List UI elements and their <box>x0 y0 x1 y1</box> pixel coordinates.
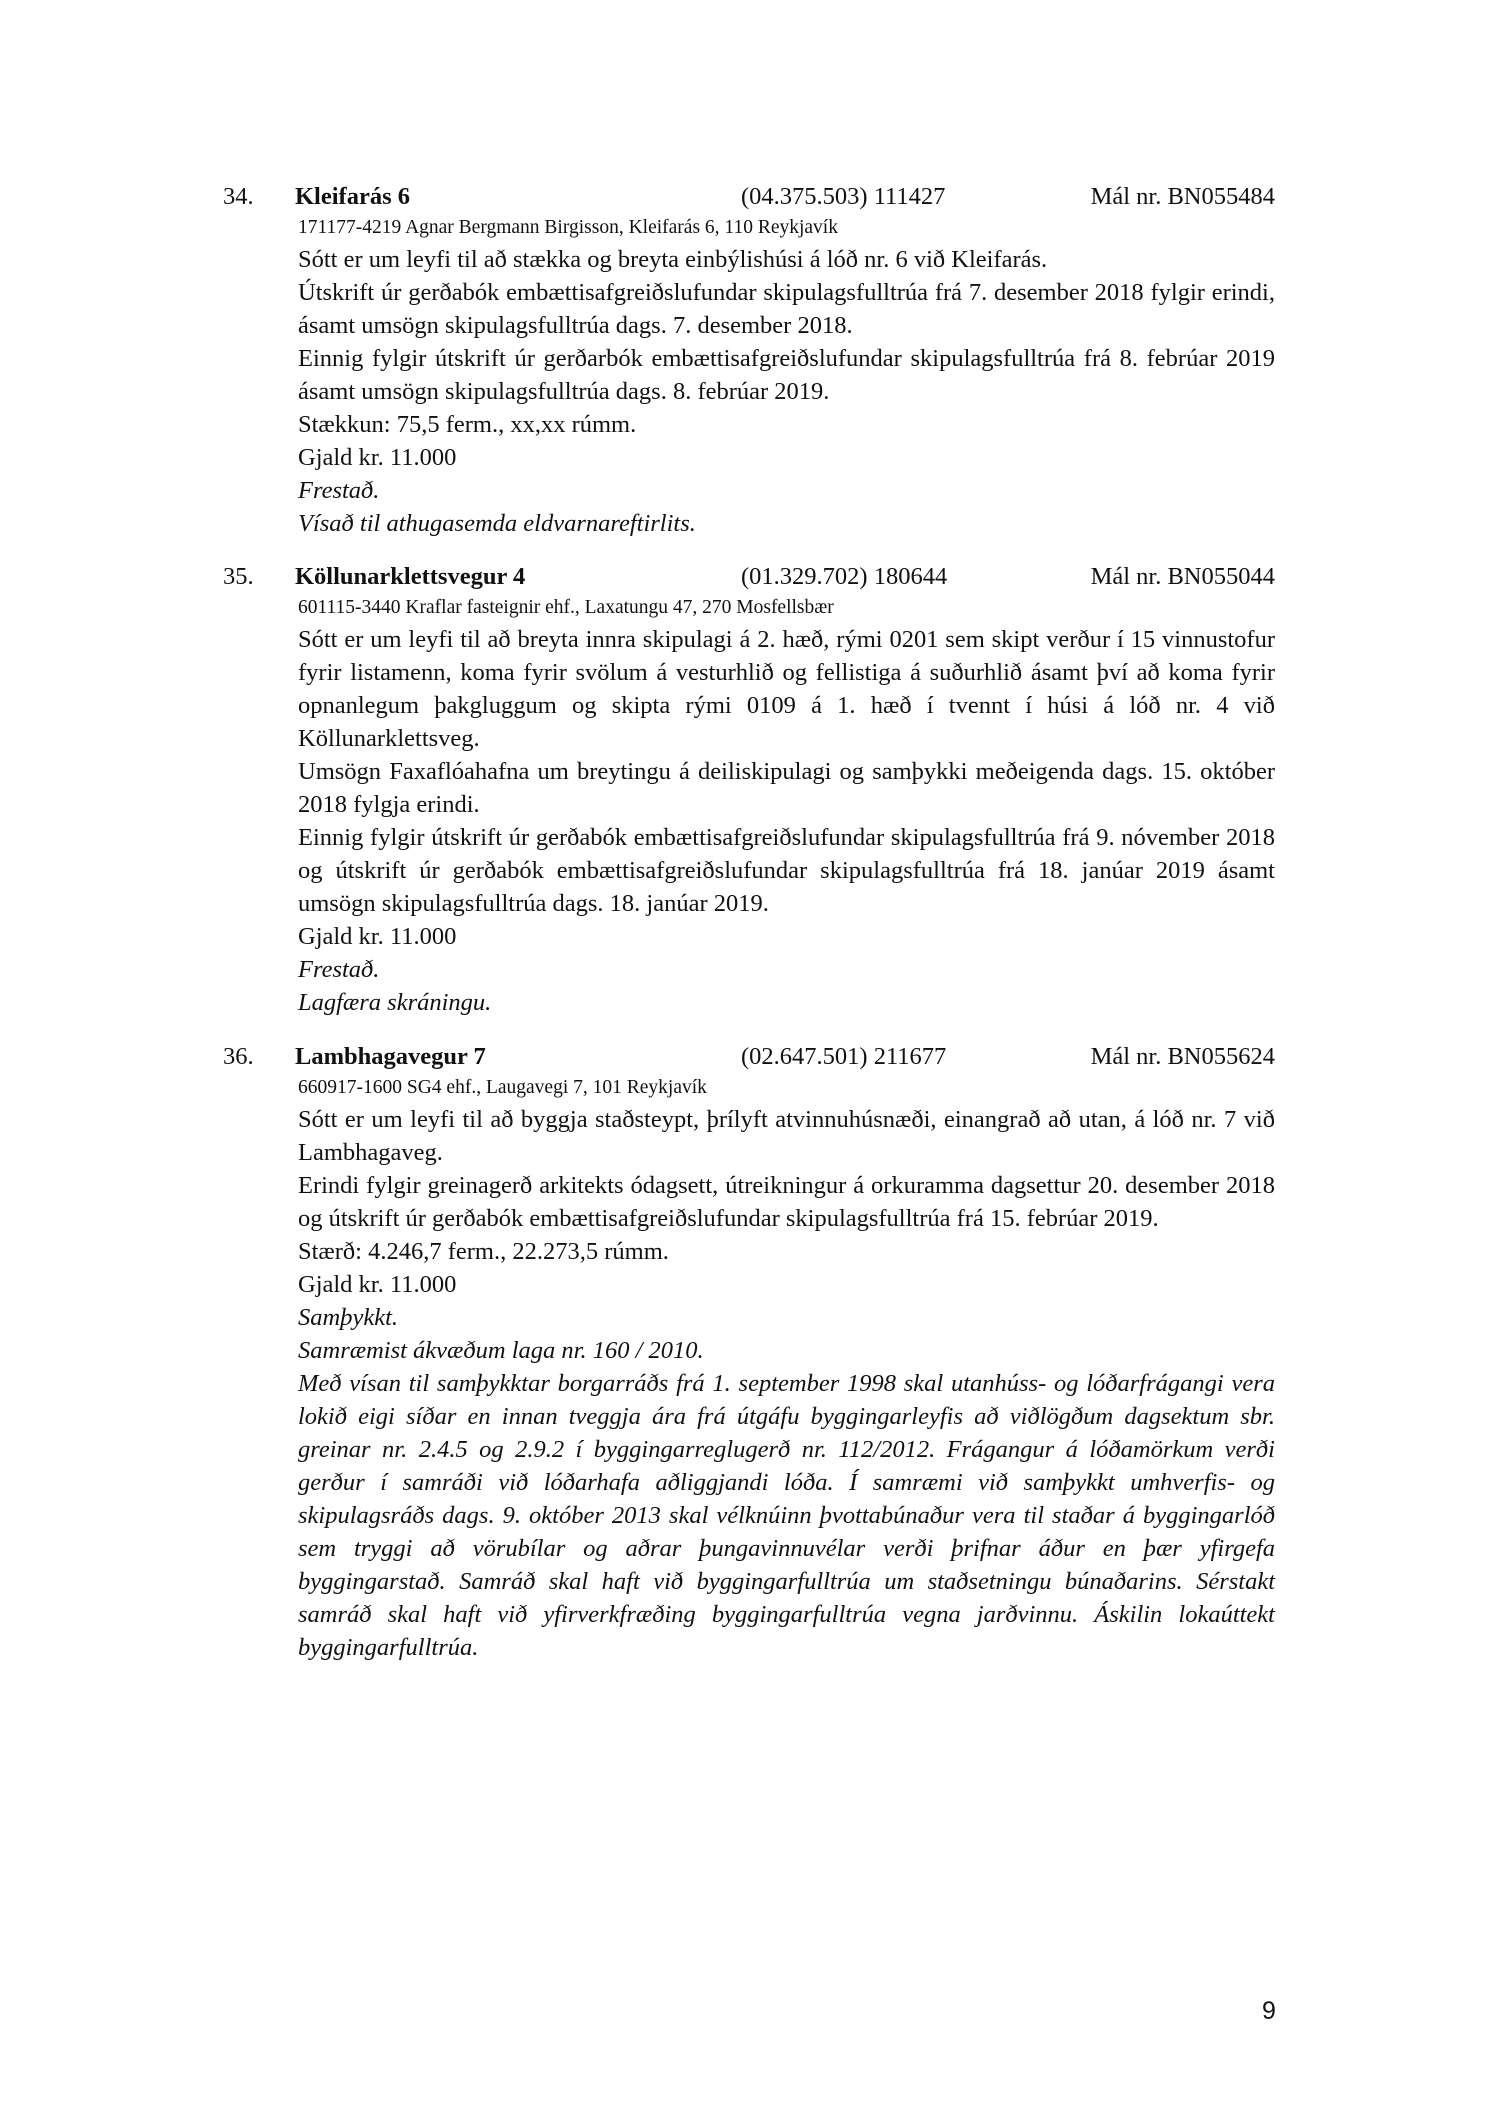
case-item-34: 34. Kleifarás 6 (04.375.503) 111427 Mál … <box>223 180 1275 540</box>
case-number: 34. <box>223 180 254 213</box>
case-header: 36. Lambhagavegur 7 (02.647.501) 211677 … <box>223 1040 1275 1073</box>
conditions-paragraph: Með vísan til samþykktar borgarráðs frá … <box>298 1367 1275 1664</box>
decision: Frestað. <box>298 953 1275 986</box>
case-header: 34. Kleifarás 6 (04.375.503) 111427 Mál … <box>223 180 1275 213</box>
fee-line: Gjald kr. 11.000 <box>298 1268 1275 1301</box>
paragraph: Sótt er um leyfi til að stækka og breyta… <box>298 243 1275 276</box>
case-number: 36. <box>223 1040 254 1073</box>
fee-line: Gjald kr. 11.000 <box>298 920 1275 953</box>
size-line: Stækkun: 75,5 ferm., xx,xx rúmm. <box>298 408 1275 441</box>
case-body: 601115-3440 Kraflar fasteignir ehf., Lax… <box>298 593 1275 1019</box>
parcel-id: (04.375.503) 111427 <box>741 180 945 213</box>
case-reference: Mál nr. BN055044 <box>1091 560 1275 593</box>
size-line: Stærð: 4.246,7 ferm., 22.273,5 rúmm. <box>298 1235 1275 1268</box>
fee-line: Gjald kr. 11.000 <box>298 441 1275 474</box>
paragraph: Sótt er um leyfi til að breyta innra ski… <box>298 623 1275 755</box>
case-address: Kleifarás 6 <box>295 180 410 213</box>
parcel-id: (01.329.702) 180644 <box>741 560 947 593</box>
decision: Samþykkt. <box>298 1301 1275 1334</box>
parcel-id: (02.647.501) 211677 <box>741 1040 946 1073</box>
decision-note: Vísað til athugasemda eldvarnareftirlits… <box>298 507 1275 540</box>
case-reference: Mál nr. BN055624 <box>1091 1040 1275 1073</box>
paragraph: Einnig fylgir útskrift úr gerðabók embæt… <box>298 821 1275 920</box>
decision-note: Lagfæra skráningu. <box>298 986 1275 1019</box>
decision-note: Samræmist ákvæðum laga nr. 160 / 2010. <box>298 1334 1275 1367</box>
case-item-35: 35. Köllunarklettsvegur 4 (01.329.702) 1… <box>223 560 1275 1019</box>
paragraph: Einnig fylgir útskrift úr gerðarbók embæ… <box>298 342 1275 408</box>
case-reference: Mál nr. BN055484 <box>1091 180 1275 213</box>
document-page: 34. Kleifarás 6 (04.375.503) 111427 Mál … <box>0 0 1500 2122</box>
decision: Frestað. <box>298 474 1275 507</box>
applicant-line: 171177-4219 Agnar Bergmann Birgisson, Kl… <box>298 213 1275 243</box>
case-body: 660917-1600 SG4 ehf., Laugavegi 7, 101 R… <box>298 1073 1275 1664</box>
case-item-36: 36. Lambhagavegur 7 (02.647.501) 211677 … <box>223 1040 1275 1664</box>
case-address: Lambhagavegur 7 <box>295 1040 486 1073</box>
applicant-line: 660917-1600 SG4 ehf., Laugavegi 7, 101 R… <box>298 1073 1275 1103</box>
paragraph: Erindi fylgir greinagerð arkitekts ódags… <box>298 1169 1275 1235</box>
case-number: 35. <box>223 560 254 593</box>
paragraph: Umsögn Faxaflóahafna um breytingu á deil… <box>298 755 1275 821</box>
case-body: 171177-4219 Agnar Bergmann Birgisson, Kl… <box>298 213 1275 540</box>
paragraph: Sótt er um leyfi til að byggja staðsteyp… <box>298 1103 1275 1169</box>
case-address: Köllunarklettsvegur 4 <box>295 560 525 593</box>
page-number: 9 <box>1262 1996 1276 2026</box>
case-header: 35. Köllunarklettsvegur 4 (01.329.702) 1… <box>223 560 1275 593</box>
applicant-line: 601115-3440 Kraflar fasteignir ehf., Lax… <box>298 593 1275 623</box>
paragraph: Útskrift úr gerðabók embættisafgreiðsluf… <box>298 276 1275 342</box>
